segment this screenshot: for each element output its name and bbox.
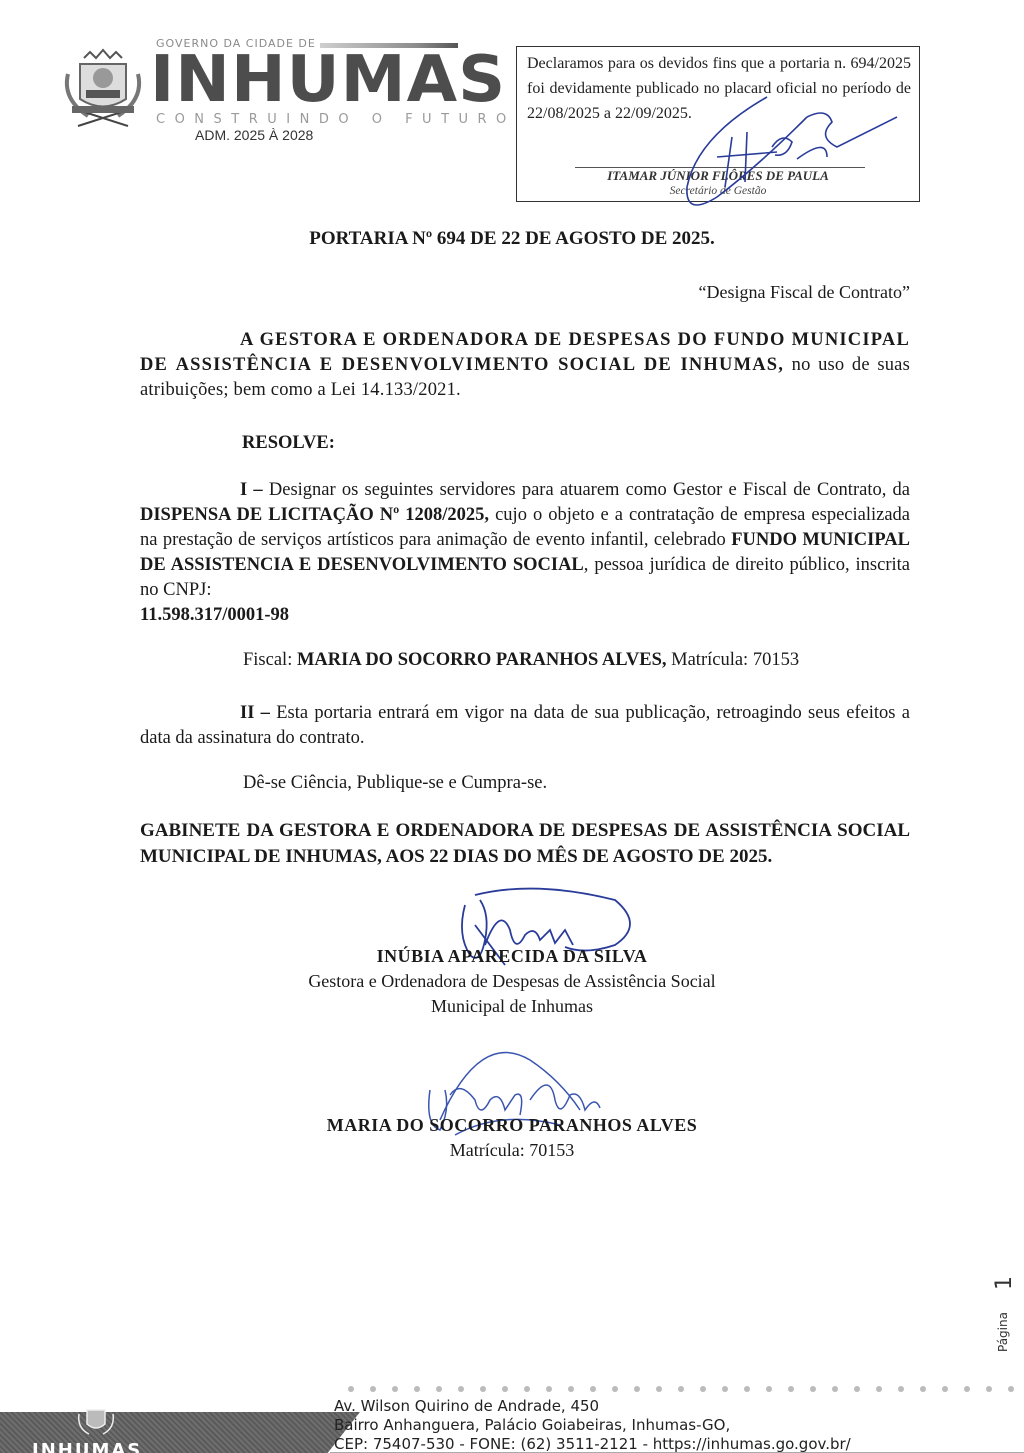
page-word: Página [996, 1312, 1010, 1352]
resolve-heading: RESOLVE: [242, 433, 335, 454]
article-2-label: II – [240, 703, 270, 723]
address-contact: CEP: 75407-530 - FONE: (62) 3511-2121 - … [334, 1435, 851, 1453]
publication-stamp: Declaramos para os devidos fins que a po… [516, 46, 920, 202]
fiscal-label: Fiscal: [243, 650, 297, 670]
page-number: 1 [992, 1276, 1017, 1290]
document-title: PORTARIA Nº 694 DE 22 DE AGOSTO DE 2025. [0, 228, 1024, 250]
signer-name: MARIA DO SOCORRO PARANHOS ALVES [0, 1113, 1024, 1138]
article-2-paragraph: II – Esta portaria entrará em vigor na d… [140, 701, 910, 751]
signer-name: INÚBIA APARECIDA DA SILVA [0, 944, 1024, 969]
page-number-label: 1 Página [990, 1260, 1024, 1320]
city-logo-text: INHUMAS [150, 48, 506, 112]
signer-role: Gestora e Ordenadora de Despesas de Assi… [0, 969, 1024, 994]
stamp-signer-role: Secretário de Gestão [517, 185, 919, 197]
signer-matricula: Matrícula: 70153 [0, 1138, 1024, 1163]
cnpj-number: 11.598.317/0001-98 [140, 605, 289, 625]
address-street: Av. Wilson Quirino de Andrade, 450 [334, 1397, 851, 1416]
footer-city-name: INHUMAS [32, 1440, 142, 1453]
document-epigraph: “Designa Fiscal de Contrato” [699, 282, 910, 303]
fiscal-designation: Fiscal: MARIA DO SOCORRO PARANHOS ALVES,… [243, 650, 799, 671]
gabinete-closing: GABINETE DA GESTORA E ORDENADORA DE DESP… [140, 818, 910, 870]
signer-role-continued: Municipal de Inhumas [0, 994, 1024, 1019]
coat-of-arms-icon [58, 44, 148, 129]
footer-crest-icon [75, 1402, 117, 1437]
article-1-text: Designar os seguintes servidores para at… [263, 480, 910, 500]
footer-address: Av. Wilson Quirino de Andrade, 450 Bairr… [334, 1397, 851, 1453]
article-1-paragraph: I – Designar os seguintes servidores par… [140, 478, 910, 628]
signature-block-fiscal: MARIA DO SOCORRO PARANHOS ALVES Matrícul… [0, 1113, 1024, 1163]
decorative-dots [345, 1383, 1024, 1395]
slogan: CONSTRUINDO O FUTURO [156, 112, 516, 127]
fiscal-matricula: Matrícula: 70153 [667, 650, 800, 670]
closing-formula: Dê-se Ciência, Publique-se e Cumpra-se. [243, 773, 547, 794]
administration-label: ADM. 2025 À 2028 [195, 127, 313, 143]
stamp-signer-name: ITAMAR JÚNIOR FLÔRES DE PAULA [517, 168, 919, 184]
preamble-paragraph: A GESTORA E ORDENADORA DE DESPESAS DO FU… [140, 328, 910, 403]
stamp-text: Declaramos para os devidos fins que a po… [527, 51, 911, 126]
article-1-label: I – [240, 480, 263, 500]
address-neighborhood: Bairro Anhanguera, Palácio Goiabeiras, I… [334, 1416, 851, 1435]
dispensa-reference: DISPENSA DE LICITAÇÃO Nº 1208/2025, [140, 505, 489, 525]
signature-block-gestora: INÚBIA APARECIDA DA SILVA Gestora e Orde… [0, 944, 1024, 1019]
fiscal-name: MARIA DO SOCORRO PARANHOS ALVES, [297, 650, 667, 670]
